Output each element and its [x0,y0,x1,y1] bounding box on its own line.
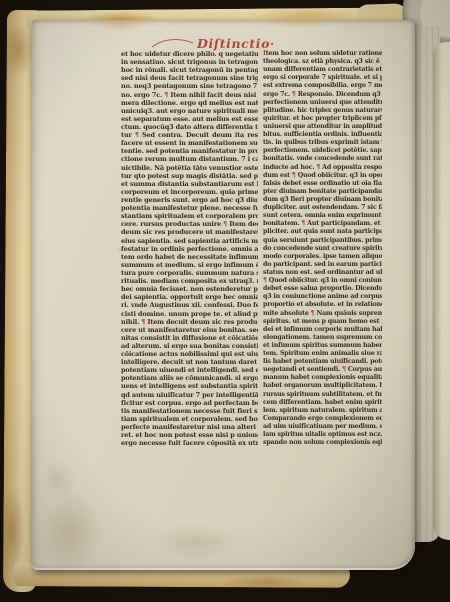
text-line: falsis debet esse ordinatio ut oīa fiant… [263,180,382,188]
text-line: nitas consistit in diffusione et cōicati… [121,334,258,342]
text-line: uegetandi et sentiendi. ¶ Corpus autem h… [263,366,382,374]
text-line: lis habet potentiam uiuificandi. potenti… [263,358,382,366]
text-line: bonitatis. vnde concedende sunt rationes [263,155,382,163]
text-line: est separatum esse. aut melius est esse … [121,115,258,123]
rubric-mark: ¶ [301,220,305,227]
text-line: perfectionem. uidelicet potētie. sapient… [263,147,382,155]
text-line: ergo si corporale 7 spirituale. et si po… [263,74,382,82]
text-line: tur ¶ Sed contra. Decuit deum ita res [121,131,258,139]
text-line: no. neq3 pentagonum sine tetragono 7 tri… [121,82,258,90]
text-line: Comparando ergo complexionem equalē [263,415,382,423]
text-line: do concedende sunt creature spirituales.… [263,245,382,253]
text-line: sed nisi deus facit tetragonum sine trig… [121,74,258,82]
text-line: stantiam spiritualem et corporalem produ… [121,212,258,220]
text-line: tis manifestationem necesse fuit fieri s… [121,407,258,415]
text-line: tur qto potest sup magis distātia. sed p… [121,172,258,180]
text-line: dei sapientia. opportuit ergo hec omnia … [121,293,258,301]
text-line: inducte ad hoc. ¶ Ad opposita responden [263,164,382,172]
text-column-left: et hoc uidetur dicere phīlo. q uegetatiu… [121,50,258,447]
rubric-mark: I [263,50,266,57]
text-line: perfecte manifestaretur nisi una alteri … [121,423,258,431]
text-line: manum habet complexionis equalitatem. [263,374,382,382]
text-line: theologica. sz etiā physica. q3 sic ē po… [263,58,382,66]
text-line: ficitur est corpus. ergo ad perfectam bo… [121,399,258,407]
text-line: lem. spiritum naturalem. spiritum animal… [263,407,382,415]
text-line: spiritus. ut mens p quam homo est imago [263,318,382,326]
text-line: perfectionem uniuersi que attenditur in … [263,99,382,107]
text-line: et hoc uidetur dicere phīlo. q uegetatiu… [121,50,258,58]
rubric-mark: ¶ [164,91,168,99]
text-line: sunt cetera. omnia enim exprimunt diuinā [263,212,382,220]
text-line: cere ut manifestaretur eius bonitas. sed… [121,326,258,334]
text-line: uniuersi que attenditur in amplitudine a… [263,123,382,131]
text-line: facere ut essent in manifestationem sue … [121,139,258,147]
text-line: deum sic res producere ut manifestaretur [121,228,258,236]
text-line: tiam spiritualem et corporalem. sed hoc … [121,415,258,423]
text-line: qd autem uiuificatur 7 per intelligentiā… [121,391,258,399]
text-line: intelligere. decuit ut non tantum daret … [121,358,258,366]
next-page-edge [433,42,450,540]
text-line: eius sapientia. sed sapientia artificis … [121,237,258,245]
text-line: ad uim uiuificatiuam per medium. et unic… [263,423,382,431]
rubric-mark: ¶ [316,164,320,171]
text-line: summum et medium. si ergo infimum ē na- [121,261,258,269]
text-line: ri. vnde Augustinus xii. confessi. Duo f… [121,301,258,309]
text-line: proportio et absolute. et in relatione a… [263,301,382,309]
text-line: et infimum spiritus summum habent unita [263,342,382,350]
rubric-mark: ¶ [292,91,296,98]
text-line: ergo necesse fuit facere cōpositā ex utr… [121,439,258,447]
text-line: lam spiritus uitalis optimus est ncz. ¶ … [263,431,382,439]
page-heading: Diſtinctio· [150,36,322,51]
text-line: plitudine. hic triplex genus naturarum r… [263,107,382,115]
text-line: potentiam aliis se cōmunicandi. si ergo … [121,374,258,382]
text-line: tentie. sed potentia manifestatur in pro… [121,147,258,155]
rubric-mark: ¶ [263,277,267,284]
text-line: ritualis. mediam composita ex utraq3. ni… [121,277,258,285]
text-line: elongationem. tamen supremum corporis [263,334,382,342]
rubric-mark: ¶ [311,310,315,317]
text-line: do participant. sed in earum participati… [263,261,382,269]
text-line: no. ergo 7c. ¶ Item nihil facit deus nis… [121,91,258,99]
text-line: mera dilectione. ergo qd melius est natu… [121,99,258,107]
text-line: unicuiq3. aut ergo nature spirituali mel… [121,107,258,115]
text-line: debet esse salua proportio. Dicendum est [263,285,382,293]
text-line: cōicatione actus nobilissimi qui est uiu… [121,350,258,358]
text-line: cere. rursus productas unire ¶ Item decu… [121,220,258,228]
text-line: dupliciter. aut ostendendam. 7 sic facta [263,204,382,212]
text-line: est extrema composibilia. ergo 7 medium. [263,82,382,90]
text-line: et summa distantia substantiarum est int… [121,180,258,188]
text-line: rentie generis sunt. ergo ad hoc q3 diui… [121,196,258,204]
text-line: modo corporales. ipse tamen aliquo mo- [263,253,382,261]
text-line: potentia manifestetur plene. necesse fui… [121,204,258,212]
text-line: ctum. quocūq3 dato altera differentia to… [121,123,258,131]
rubric-mark: ¶ [135,131,139,139]
text-column-right: Item hoc non solum uidetur rationetheolo… [263,50,382,447]
text-line: ad alterum. si ergo sua bonitas consisti… [121,342,258,350]
text-line: dei et infimum corporis multam habeāt [263,326,382,334]
text-line: tura pure corporalis. summum natura spi- [121,269,258,277]
text-line: festatur in ordinis perfectione. omnis a… [121,245,258,253]
text-line: tem ordo habet de necessitate infimum et [121,253,258,261]
text-line: cem differentiam. habet enim spiritum ui… [263,399,382,407]
text-line: pliciter. aut quia sunt nata participare… [263,228,382,236]
text-line: bonitatem. ¶ Aut participandam. et hoc d… [263,220,382,228]
text-line: ergo 7c. ¶ Responsio. Dicendum q3 ad [263,91,382,99]
text-line: hec omnia fecisset. non ostenderetur ple… [121,285,258,293]
text-line: bitus. sufficientia ordinis. influentia … [263,131,382,139]
text-line: ctione rerum multum distantium. 7 i cap … [121,155,258,163]
text-line: corporeum et incorporeum. quia prime dif… [121,188,258,196]
text-line: potentiam uiuendi et intelligendi. sed e… [121,366,258,374]
text-line: habet organorum multiplicitatem. habet [263,382,382,390]
text-line: q3 in coniunctione anime ad corpus salua… [263,293,382,301]
text-line: in sensatiuo. sicut trigonus in tetragon… [121,58,258,66]
text-line: quia seruiunt participantibus. primo mo- [263,237,382,245]
text-line: hoc in rōnali. sicut tetragonū in pentag… [121,66,258,74]
text-line: quiritur. et hoc propter triplicem pfect… [263,115,382,123]
text-line: cisti domine. unum prope te. et aliud pr… [121,310,258,318]
text-line: dum q3 fieri propter diuinam bonitatem [263,196,382,204]
text-line: dum est ¶ Quod obiicitur. q3 in operibus [263,172,382,180]
text-line: unam differentiam contrarietatis et alte… [263,66,382,74]
text-line: tis. in quibus tribus exprimit istam tri… [263,139,382,147]
text-line: spando non solum complexionis eqitates. [263,439,382,447]
text-line: status non est. sed ordinantur ad ulteri… [263,269,382,277]
book-photograph: Diſtinctio· et hoc uidetur dicere phīlo.… [0,0,450,602]
text-line: uens et intelligens est substantia spiri… [121,382,258,390]
text-line: nihil. ¶ Item decuit deum sic res produ- [121,318,258,326]
text-line: uictibile. Nā potētia tāto venustior ost… [121,164,258,172]
text-line: rursus spirituum subtilitatem. et fm tri… [263,391,382,399]
text-line: tem. Spiritum enim animalis siue rationa… [263,350,382,358]
text-line: ret. et hoc non potest esse nisi p union… [121,431,258,439]
rubric-mark: ¶ [292,172,296,179]
text-line: ¶ Quod obiicitur. q3 in omni coniunctiōe [263,277,382,285]
text-line: pter diuinam bonitate participandam. ¶ [263,188,382,196]
rubric-mark: ¶ [223,220,227,228]
text-line: mite absolute ¶ Nam quāuis supremum [263,310,382,318]
rubric-mark: ¶ [342,366,346,373]
rubric-mark: ¶ [141,318,145,326]
text-line: Item hoc non solum uidetur ratione [263,50,382,58]
